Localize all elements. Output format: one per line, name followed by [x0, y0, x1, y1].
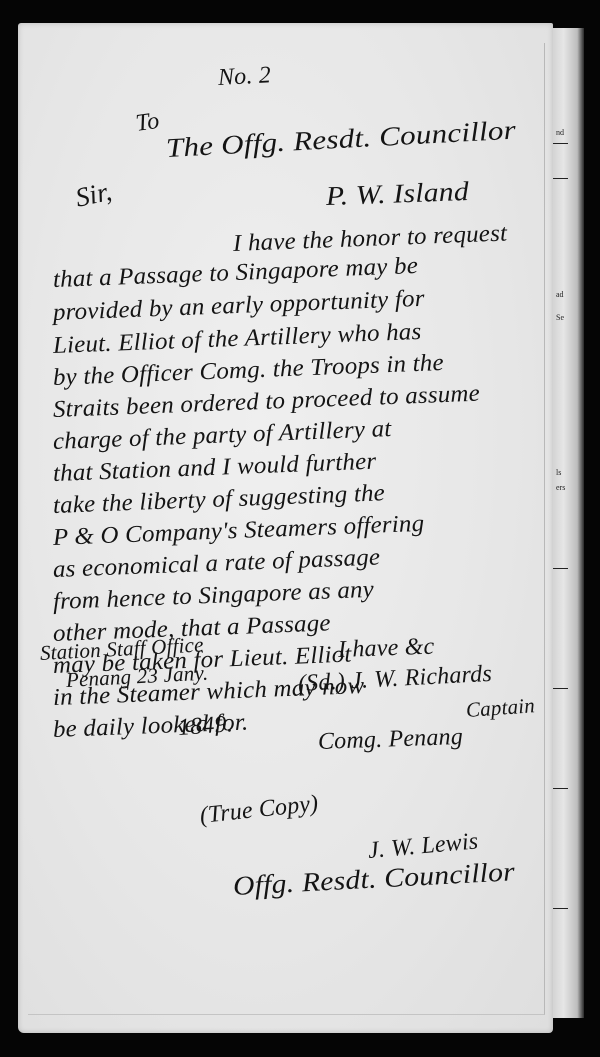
recipient-location: P. W. Island	[325, 176, 469, 212]
signatory-post: Comg. Penang	[318, 724, 464, 756]
back-page-fragment: ers	[556, 483, 565, 492]
back-page-edge: nd ad Se ls ers	[548, 28, 584, 1018]
document-number: No. 2	[217, 62, 271, 92]
back-page-fragment: nd	[556, 128, 564, 137]
back-page-rule	[552, 688, 568, 689]
document-scan: nd ad Se ls ers No. 2 To The Offg. Resdt…	[0, 0, 600, 1057]
year-line: 1849.	[177, 711, 234, 742]
signatory-rank: Captain	[465, 693, 536, 723]
back-page-fragment: ad	[556, 290, 564, 299]
back-page-rule	[552, 568, 568, 569]
closing-phrase: I have &c	[338, 634, 435, 664]
back-page-rule	[552, 178, 568, 179]
back-page-rule	[552, 788, 568, 789]
letter-page: No. 2 To The Offg. Resdt. Councillor P. …	[18, 23, 553, 1033]
back-page-fragment: Se	[556, 313, 564, 322]
back-page-rule	[552, 908, 568, 909]
back-page-fragment: ls	[556, 468, 561, 477]
address-to: To	[134, 108, 161, 138]
back-page-rule	[552, 143, 568, 144]
